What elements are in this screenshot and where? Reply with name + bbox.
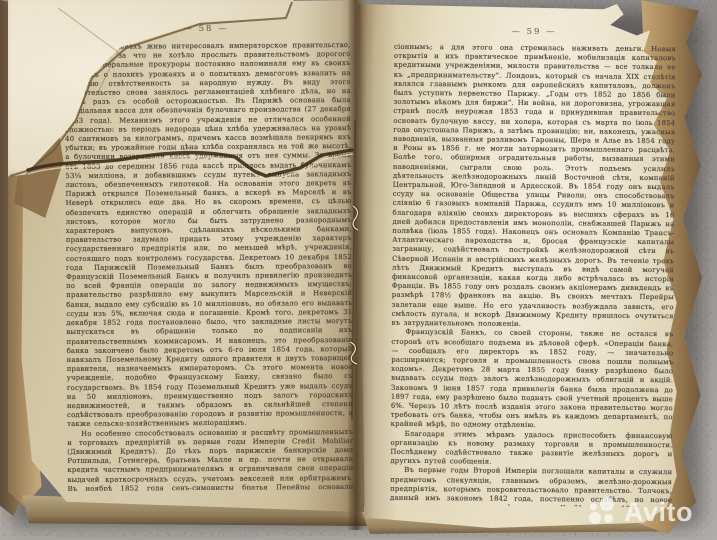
- avito-logo-dots-icon: [588, 496, 620, 528]
- paragraph: о хлѣбныхъ цѣнахъ живо интересовалъ импе…: [64, 41, 353, 430]
- paragraph: Но особенно способствовалъ основанію и р…: [67, 428, 353, 491]
- paragraph: Благодаря этимъ мѣрамъ удалось приспособ…: [390, 429, 672, 468]
- left-page-text: о хлѣбныхъ цѣнахъ живо интересовалъ импе…: [64, 41, 353, 491]
- right-page-number: — 59 —: [392, 27, 676, 37]
- avito-watermark-text: Avito: [624, 497, 693, 528]
- book-photo: — 58 — о хлѣбныхъ цѣнахъ живо интересова…: [0, 0, 717, 540]
- right-page-text: сіоннымъ; а для этого она стремилась наж…: [390, 43, 676, 507]
- paragraph: Французскій Банкъ, со своей стороны, так…: [391, 328, 674, 432]
- paragraph: сіоннымъ; а для этого она стремилась наж…: [392, 43, 676, 331]
- avito-watermark: Avito: [588, 492, 710, 532]
